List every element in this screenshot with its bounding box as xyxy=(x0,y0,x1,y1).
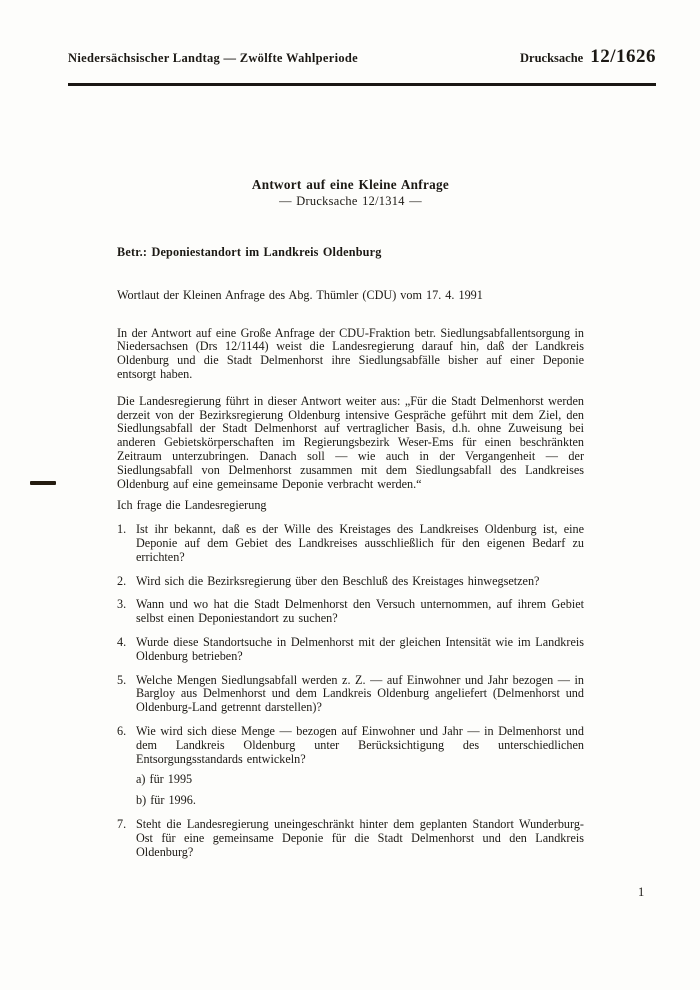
question-number: 1. xyxy=(117,523,136,564)
question-item: 1. Ist ihr bekannt, daß es der Wille des… xyxy=(117,523,584,564)
questions-intro: Ich frage die Landesregierung xyxy=(117,499,584,513)
question-subitem: b) für 1996. xyxy=(136,794,584,808)
drucksache-number: 12/1626 xyxy=(590,46,656,67)
page-number: 1 xyxy=(638,885,644,900)
question-body: Wann und wo hat die Stadt Delmenhorst de… xyxy=(136,598,584,626)
question-body: Wie wird sich diese Menge — bezogen auf … xyxy=(136,725,584,808)
margin-fold-mark xyxy=(30,481,56,485)
question-number: 2. xyxy=(117,575,136,589)
questions-list: 1. Ist ihr bekannt, daß es der Wille des… xyxy=(117,523,584,859)
question-number: 5. xyxy=(117,674,136,715)
question-number: 4. xyxy=(117,636,136,664)
question-text: Wann und wo hat die Stadt Delmenhorst de… xyxy=(136,598,584,626)
question-item: 6. Wie wird sich diese Menge — bezogen a… xyxy=(117,725,584,808)
answer-subtitle: — Drucksache 12/1314 — xyxy=(117,193,584,209)
question-body: Welche Mengen Siedlungsabfall werden z. … xyxy=(136,674,584,715)
question-text: Wurde diese Standortsuche in Delmenhorst… xyxy=(136,636,584,664)
question-text: Wie wird sich diese Menge — bezogen auf … xyxy=(136,725,584,766)
question-text: Wird sich die Bezirksregierung über den … xyxy=(136,575,584,589)
question-number: 6. xyxy=(117,725,136,808)
subject-line: Betr.: Deponiestandort im Landkreis Olde… xyxy=(117,246,584,260)
question-text: Ist ihr bekannt, daß es der Wille des Kr… xyxy=(136,523,584,564)
answer-title: Antwort auf eine Kleine Anfrage xyxy=(117,177,584,193)
question-body: Wurde diese Standortsuche in Delmenhorst… xyxy=(136,636,584,664)
question-item: 2. Wird sich die Bezirksregierung über d… xyxy=(117,575,584,589)
question-text: Steht die Landesregierung uneingeschränk… xyxy=(136,818,584,859)
question-item: 7. Steht die Landesregierung uneingeschr… xyxy=(117,818,584,859)
question-item: 4. Wurde diese Standortsuche in Delmenho… xyxy=(117,636,584,664)
question-number: 7. xyxy=(117,818,136,859)
question-item: 3. Wann und wo hat die Stadt Delmenhorst… xyxy=(117,598,584,626)
question-number: 3. xyxy=(117,598,136,626)
inquiry-author-line: Wortlaut der Kleinen Anfrage des Abg. Th… xyxy=(117,289,584,303)
question-body: Steht die Landesregierung uneingeschränk… xyxy=(136,818,584,859)
document-page: Niedersächsischer Landtag — Zwölfte Wahl… xyxy=(0,0,700,990)
question-item: 5. Welche Mengen Siedlungsabfall werden … xyxy=(117,674,584,715)
title-block: Antwort auf eine Kleine Anfrage — Drucks… xyxy=(117,177,584,209)
paragraph-1: In der Antwort auf eine Große Anfrage de… xyxy=(117,327,584,382)
question-body: Wird sich die Bezirksregierung über den … xyxy=(136,575,584,589)
question-text: Welche Mengen Siedlungsabfall werden z. … xyxy=(136,674,584,715)
question-body: Ist ihr bekannt, daß es der Wille des Kr… xyxy=(136,523,584,564)
paragraph-2: Die Landesregierung führt in dieser Antw… xyxy=(117,395,584,492)
content-column: Antwort auf eine Kleine Anfrage — Drucks… xyxy=(117,0,584,859)
question-subitem: a) für 1995 xyxy=(136,773,584,787)
